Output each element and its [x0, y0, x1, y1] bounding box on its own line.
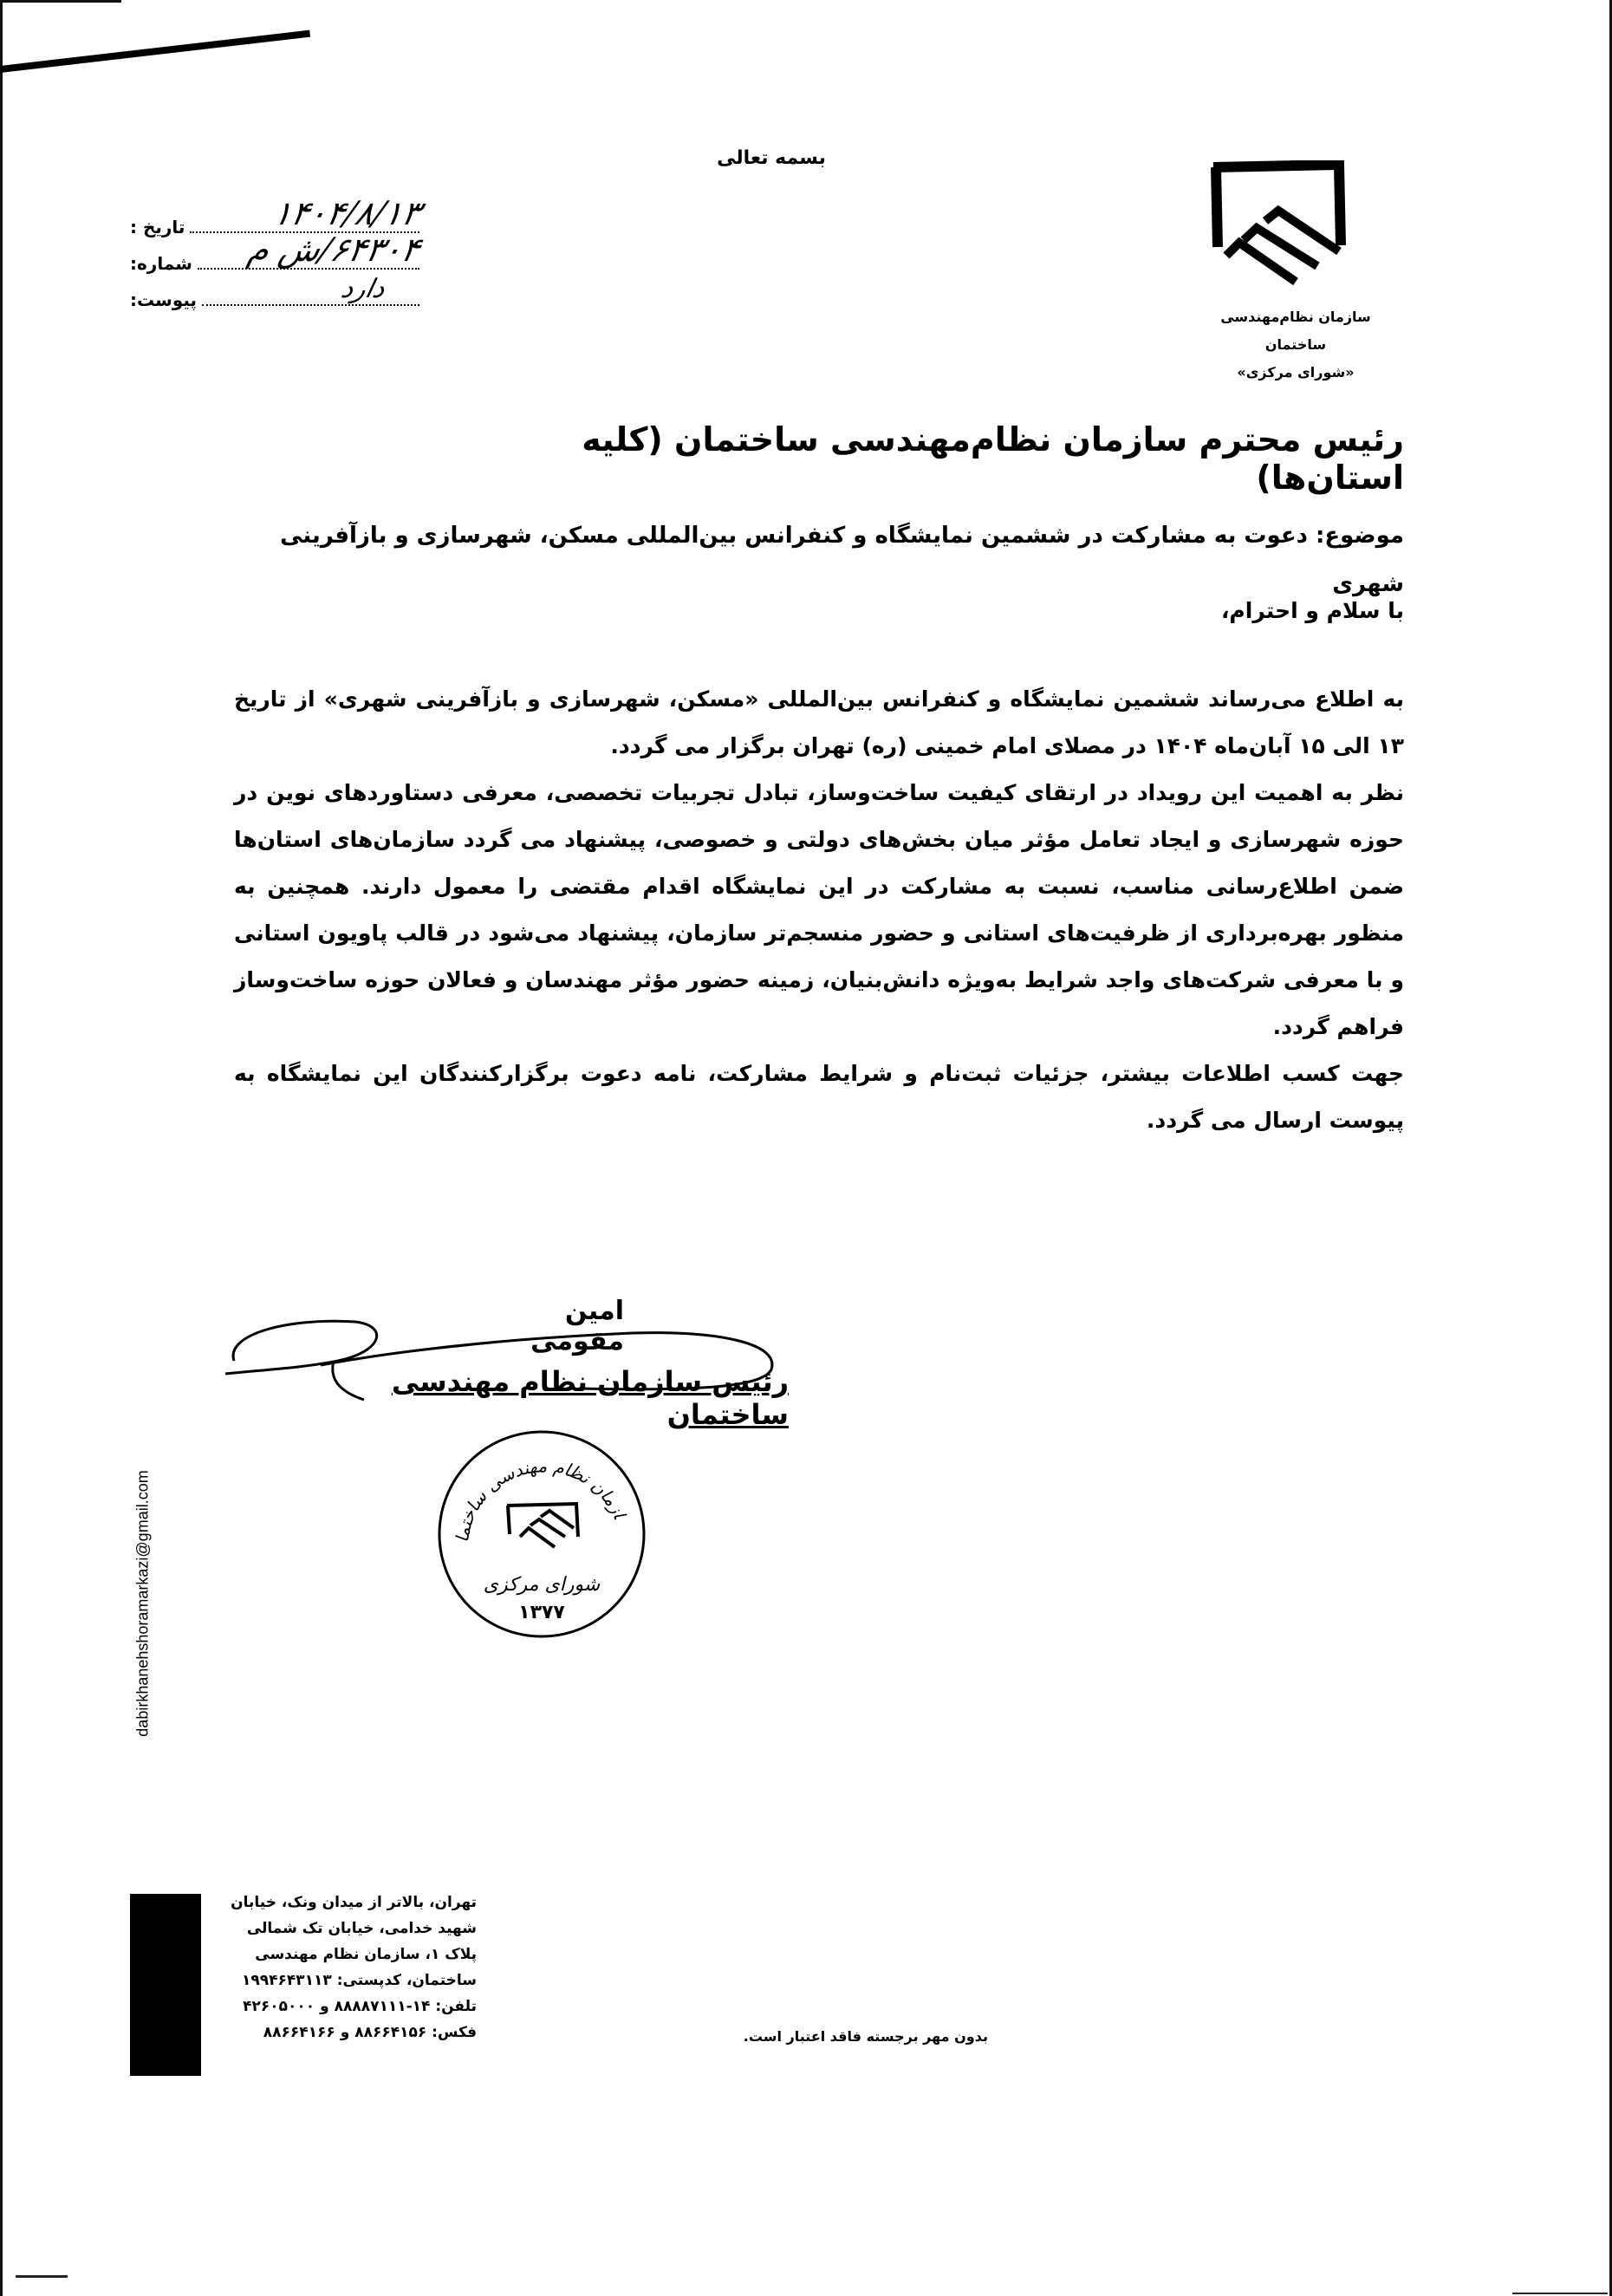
address-line-1: تهران، بالاتر از میدان ونک، خیابان: [221, 1889, 477, 1916]
body-paragraph-3: جهت کسب اطلاعات بیشتر، جزئیات ثبت‌نام و …: [234, 1050, 1404, 1144]
recipient-heading: رئیس محترم سازمان نظام‌مهندسی ساختمان (ک…: [520, 420, 1404, 497]
scan-artifact-line: [0, 30, 310, 73]
attachment-value: دارد: [338, 273, 388, 306]
greeting: با سلام و احترام،: [1040, 598, 1404, 623]
letter-page: بسمه تعالی سازمان نظام‌مهندسی ساختمان «ش…: [0, 0, 1612, 2296]
basmala-heading: بسمه تعالی: [711, 147, 832, 169]
attachment-dotted-line: دارد: [202, 292, 419, 306]
stamp-year: ۱۳۷۷: [518, 1602, 565, 1623]
date-label: تاریخ :: [130, 217, 185, 237]
body-paragraph-1: به اطلاع می‌رساند ششمین نمایشگاه و کنفرا…: [234, 676, 1404, 770]
number-label: شماره:: [130, 253, 192, 274]
logo-caption-line2: «شورای مرکزی»: [1196, 359, 1395, 387]
address-line-3: پلاک ۱، سازمان نظام مهندسی: [221, 1942, 477, 1968]
organization-logo-icon: [1209, 160, 1356, 299]
email-vertical: dabirkhanehshoramarkazi@gmail.com: [134, 1421, 152, 1785]
number-value: ۶۴۳۰۴/ش م: [245, 233, 423, 266]
address-line-4: ساختمان، کدپستی: ۱۹۹۴۶۴۳۱۱۳: [221, 1968, 477, 1994]
official-stamp-icon: سازمان نظام مهندسی ساختمان شورای مرکزی ۱…: [433, 1426, 650, 1642]
letter-meta: تاریخ : ۱۴۰۴/۸/۱۳ شماره: ۶۴۳۰۴/ش م پیوست…: [130, 217, 425, 326]
attachment-label: پیوست:: [130, 289, 197, 310]
address-line-5: تلفن: ۱۴-۸۸۸۸۷۱۱۱ و ۴۲۶۰۵۰۰۰: [221, 1994, 477, 2020]
signer-name: امین مقومی: [468, 1296, 624, 1356]
letter-body: به اطلاع می‌رساند ششمین نمایشگاه و کنفرا…: [234, 676, 1404, 1144]
redacted-block: [130, 1894, 201, 2076]
address-line-6: فکس: ۸۸۶۶۴۱۵۶ و ۸۸۶۶۴۱۶۶: [221, 2020, 477, 2046]
logo-caption-line1: سازمان نظام‌مهندسی ساختمان: [1196, 303, 1395, 359]
date-value: ۱۴۰۴/۸/۱۳: [270, 197, 423, 230]
scan-artifact-bottom-right: [1512, 2293, 1608, 2294]
scan-border-left: [0, 0, 3, 2296]
attachment-row: پیوست: دارد: [130, 289, 425, 326]
email-address: dabirkhanehshoramarkazi@gmail.com: [134, 1470, 153, 1736]
scan-artifact-bottom-left: [16, 2275, 68, 2278]
body-paragraph-2: نظر به اهمیت این رویداد در ارتقای کیفیت …: [234, 770, 1404, 1050]
signer-title: رئیس سازمان نظام مهندسی ساختمان: [321, 1365, 789, 1431]
number-dotted-line: ۶۴۳۰۴/ش م: [198, 256, 419, 270]
subject-line: موضوع: دعوت به مشارکت در ششمین نمایشگاه …: [260, 511, 1404, 608]
embossed-stamp-note: بدون مهر برجسته فاقد اعتبار است.: [676, 2028, 988, 2045]
address-line-2: شهید خدامی، خیابان تک شمالی: [221, 1916, 477, 1942]
stamp-bottom-text: شورای مرکزی: [484, 1574, 601, 1596]
logo-caption: سازمان نظام‌مهندسی ساختمان «شورای مرکزی»: [1196, 303, 1395, 387]
scan-border-top: [0, 0, 121, 3]
address-block: تهران، بالاتر از میدان ونک، خیابان شهید …: [221, 1889, 477, 2046]
